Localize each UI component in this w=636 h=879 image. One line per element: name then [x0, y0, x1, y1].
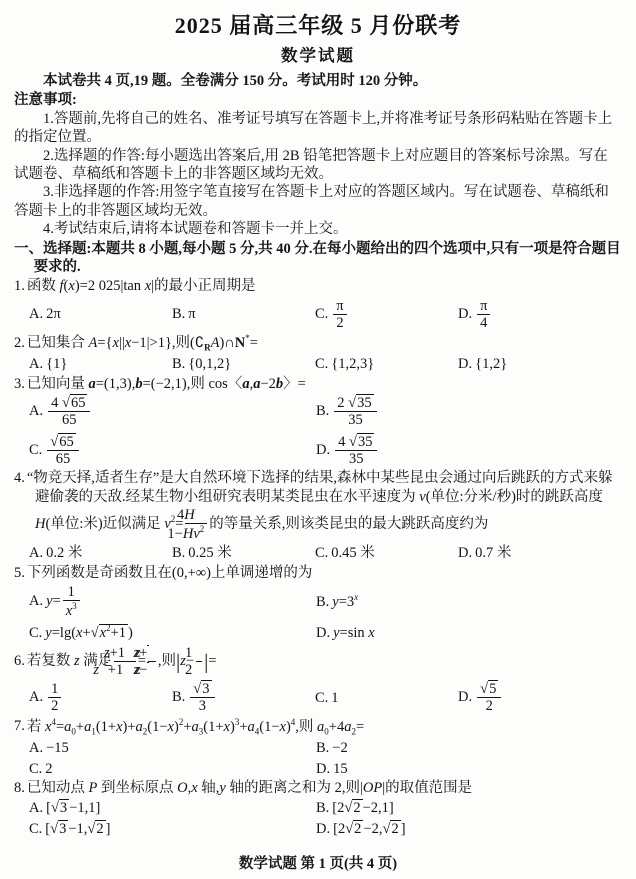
question-6-stem: 6.若复数 z 满足z+1z+1=z+zz−z,则|z−12|= [14, 644, 622, 679]
question-number: 2. [14, 335, 25, 351]
question-number: 3. [14, 376, 25, 392]
question-1-option-B: B.π [172, 305, 315, 323]
question-6-option-A: A.12 [29, 680, 172, 715]
option-label: A. [29, 689, 43, 705]
question-number: 1. [14, 278, 25, 294]
option-label: A. [29, 403, 43, 419]
question-4-option-A: A.0.2 米 [29, 544, 172, 562]
option-label: A. [29, 356, 43, 372]
question-2: 2.已知集合 A={x||x−1|>1},则(∁RA)∩N*=A.{1}B.{0… [14, 333, 622, 374]
question-5-option-A: A.y=1x3 [29, 583, 316, 620]
question-3-stem: 3.已知向量 a=(1,3),b=(−2,1),则 cos〈a,a−2b〉= [14, 375, 622, 393]
option-label: D. [316, 625, 330, 641]
question-number: 5. [14, 565, 25, 581]
question-8-option-C: C.[√3−1,√2] [29, 820, 316, 838]
question-4-options: A.0.2 米B.0.25 米C.0.45 米D.0.7 米 [29, 544, 622, 562]
question-1-option-D: D.π4 [458, 297, 622, 332]
question-7-option-D: D.15 [316, 760, 622, 778]
option-label: A. [29, 593, 43, 609]
question-list: 1.函数 f(x)=2 025|tan x|的最小正周期是A.2πB.πC.π2… [14, 276, 622, 839]
option-label: C. [29, 761, 42, 777]
question-5-option-D: D.y=sin x [316, 624, 622, 642]
option-label: D. [316, 821, 330, 837]
option-label: B. [316, 800, 329, 816]
question-5: 5.下列函数是奇函数且在(0,+∞)上单调递增的为A.y=1x3B.y=3xC.… [14, 564, 622, 643]
question-8-option-A: A.[√3−1,1] [29, 799, 316, 817]
question-4-option-B: B.0.25 米 [172, 544, 315, 562]
exam-info-line: 本试卷共 4 页,19 题。全卷满分 150 分。考试用时 120 分钟。 [14, 72, 622, 90]
question-6-option-B: B.√33 [172, 680, 315, 715]
question-8-options: A.[√3−1,1]B.[2√2−2,1]C.[√3−1,√2]D.[2√2−2… [29, 799, 622, 839]
option-label: B. [316, 740, 329, 756]
question-1-option-C: C.π2 [315, 297, 458, 332]
question-8: 8.已知动点 P 到坐标原点 O,x 轴,y 轴的距离之和为 2,则|OP|的取… [14, 779, 622, 838]
question-7-option-A: A.−15 [29, 739, 316, 757]
question-6-options: A.12B.√33C.1D.√52 [29, 680, 622, 715]
question-2-option-D: D.{1,2} [458, 355, 622, 373]
question-8-stem: 8.已知动点 P 到坐标原点 O,x 轴,y 轴的距离之和为 2,则|OP|的取… [14, 779, 622, 797]
section-header: 一、选择题:本题共 8 小题,每小题 5 分,共 40 分.在每小题给出的四个选… [14, 240, 622, 277]
question-4-option-D: D.0.7 米 [458, 544, 622, 562]
notice-title: 注意事项: [14, 91, 622, 109]
question-2-option-B: B.{0,1,2} [172, 355, 315, 373]
option-label: D. [458, 306, 472, 322]
question-4-stem: 4.“物竞天择,适者生存”是大自然环境下选择的结果,森林中某些昆虫会通过向后跳跃… [14, 469, 622, 543]
option-label: C. [29, 625, 42, 641]
option-label: A. [29, 545, 43, 561]
option-label: B. [172, 545, 185, 561]
question-3-options: A.4 √6565B.2 √3535C.√6565D.4 √3535 [29, 394, 622, 468]
question-8-option-B: B.[2√2−2,1] [316, 799, 622, 817]
notice-item-3: 3.非选择题的作答:用签字笔直接写在答题卡上对应的答题区域内。写在试题卷、草稿纸… [14, 183, 622, 220]
question-3-option-C: C.√6565 [29, 433, 316, 468]
question-number: 6. [14, 653, 25, 669]
page-footer: 数学试题 第 1 页(共 4 页) [14, 851, 622, 879]
option-label: D. [458, 545, 472, 561]
option-label: C. [315, 690, 328, 706]
exam-page: 2025 届高三年级 5 月份联考 数学试题 本试卷共 4 页,19 题。全卷满… [0, 0, 636, 879]
notice-item-1: 1.答题前,先将自己的姓名、准考证号填写在答题卡上,并将准考证号条形码粘贴在答题… [14, 110, 622, 147]
question-3: 3.已知向量 a=(1,3),b=(−2,1),则 cos〈a,a−2b〉=A.… [14, 375, 622, 468]
option-label: D. [458, 689, 472, 705]
option-label: C. [315, 306, 328, 322]
option-label: B. [172, 306, 185, 322]
option-label: D. [316, 442, 330, 458]
question-1-options: A.2πB.πC.π2D.π4 [29, 297, 622, 332]
question-7-options: A.−15B.−2C.2D.15 [29, 739, 622, 779]
option-label: C. [29, 821, 42, 837]
question-7: 7.若 x4=a0+a1(1+x)+a2(1−x)2+a3(1+x)3+a4(1… [14, 717, 622, 779]
question-1: 1.函数 f(x)=2 025|tan x|的最小正周期是A.2πB.πC.π2… [14, 277, 622, 332]
question-7-stem: 7.若 x4=a0+a1(1+x)+a2(1−x)2+a3(1+x)3+a4(1… [14, 717, 622, 738]
option-label: A. [29, 740, 43, 756]
question-6-option-D: D.√52 [458, 680, 622, 715]
question-4-option-C: C.0.45 米 [315, 544, 458, 562]
question-number: 7. [14, 718, 25, 734]
option-label: B. [172, 356, 185, 372]
question-5-stem: 5.下列函数是奇函数且在(0,+∞)上单调递增的为 [14, 564, 622, 582]
option-label: C. [315, 356, 328, 372]
option-label: A. [29, 306, 43, 322]
notice-item-4: 4.考试结束后,请将本试题卷和答题卡一并上交。 [14, 220, 622, 238]
option-label: C. [29, 442, 42, 458]
question-5-option-C: C.y=lg(x+√x2+1) [29, 623, 316, 642]
option-label: B. [316, 594, 329, 610]
question-1-stem: 1.函数 f(x)=2 025|tan x|的最小正周期是 [14, 277, 622, 295]
question-2-stem: 2.已知集合 A={x||x−1|>1},则(∁RA)∩N*= [14, 333, 622, 354]
option-label: B. [172, 689, 185, 705]
question-number: 8. [14, 780, 25, 796]
option-label: B. [316, 403, 329, 419]
option-label: D. [316, 761, 330, 777]
question-5-option-B: B.y=3x [316, 592, 622, 611]
notice-list: 1.答题前,先将自己的姓名、准考证号填写在答题卡上,并将准考证号条形码粘贴在答题… [14, 110, 622, 239]
question-number: 4. [14, 470, 25, 486]
option-label: C. [315, 545, 328, 561]
question-4: 4.“物竞天择,适者生存”是大自然环境下选择的结果,森林中某些昆虫会通过向后跳跃… [14, 469, 622, 563]
question-8-option-D: D.[2√2−2,√2] [316, 820, 622, 838]
question-2-option-C: C.{1,2,3} [315, 355, 458, 373]
question-3-option-A: A.4 √6565 [29, 394, 316, 429]
question-2-options: A.{1}B.{0,1,2}C.{1,2,3}D.{1,2} [29, 355, 622, 373]
notice-item-2: 2.选择题的作答:每小题选出答案后,用 2B 铅笔把答题卡上对应题目的答案标号涂… [14, 147, 622, 184]
exam-title: 2025 届高三年级 5 月份联考 [14, 12, 622, 40]
question-3-option-D: D.4 √3535 [316, 433, 622, 468]
exam-subtitle: 数学试题 [14, 46, 622, 67]
question-1-option-A: A.2π [29, 305, 172, 323]
question-2-option-A: A.{1} [29, 355, 172, 373]
question-3-option-B: B.2 √3535 [316, 394, 622, 429]
question-5-options: A.y=1x3B.y=3xC.y=lg(x+√x2+1)D.y=sin x [29, 583, 622, 643]
question-6-option-C: C.1 [315, 689, 458, 707]
question-7-option-C: C.2 [29, 760, 316, 778]
option-label: A. [29, 800, 43, 816]
option-label: D. [458, 356, 472, 372]
question-6: 6.若复数 z 满足z+1z+1=z+zz−z,则|z−12|=A.12B.√3… [14, 644, 622, 716]
question-7-option-B: B.−2 [316, 739, 622, 757]
